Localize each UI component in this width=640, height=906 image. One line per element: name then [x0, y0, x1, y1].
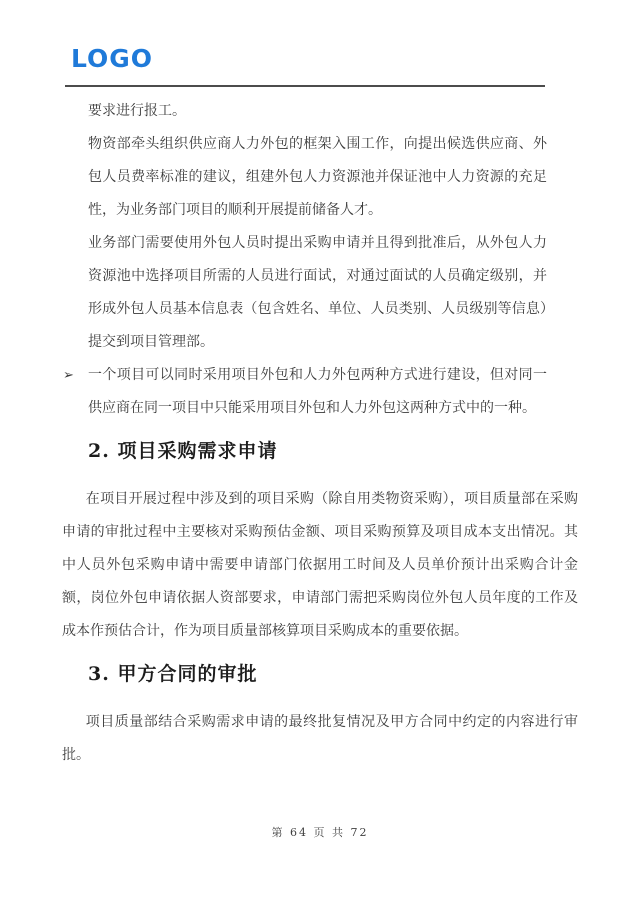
document-body: 要求进行报工。 物资部牵头组织供应商人力外包的框架入围工作，向提出候选供应商、外…	[62, 94, 578, 777]
intro-paragraph-block: 要求进行报工。 物资部牵头组织供应商人力外包的框架入围工作，向提出候选供应商、外…	[88, 94, 547, 424]
bullet-item-text: 一个项目可以同时采用项目外包和人力外包两种方式进行建设，但对同一供应商在同一项目…	[88, 366, 547, 415]
header-divider-line	[65, 85, 545, 87]
section-heading-procurement-request: 2. 项目采购需求申请	[88, 439, 578, 463]
section-heading-contract-approval: 3. 甲方合同的审批	[88, 662, 578, 686]
section-paragraph: 在项目开展过程中涉及到的项目采购（除自用类物资采购），项目质量部在采购申请的审批…	[62, 482, 578, 647]
paragraph: 物资部牵头组织供应商人力外包的框架入围工作，向提出候选供应商、外包人员费率标准的…	[88, 127, 547, 226]
paragraph: 业务部门需要使用外包人员时提出采购申请并且得到批准后，从外包人力资源池中选择项目…	[88, 226, 547, 358]
page-number-footer: 第 64 页 共 72	[0, 824, 640, 840]
section-paragraph: 项目质量部结合采购需求申请的最终批复情况及甲方合同中约定的内容进行审批。	[62, 705, 578, 771]
arrowhead-bullet-icon: ➢	[63, 358, 74, 391]
company-logo: LOGO	[71, 46, 153, 71]
document-page: LOGO 要求进行报工。 物资部牵头组织供应商人力外包的框架入围工作，向提出候选…	[0, 0, 640, 906]
bullet-list-item: ➢ 一个项目可以同时采用项目外包和人力外包两种方式进行建设，但对同一供应商在同一…	[88, 358, 547, 424]
paragraph: 要求进行报工。	[88, 94, 547, 127]
